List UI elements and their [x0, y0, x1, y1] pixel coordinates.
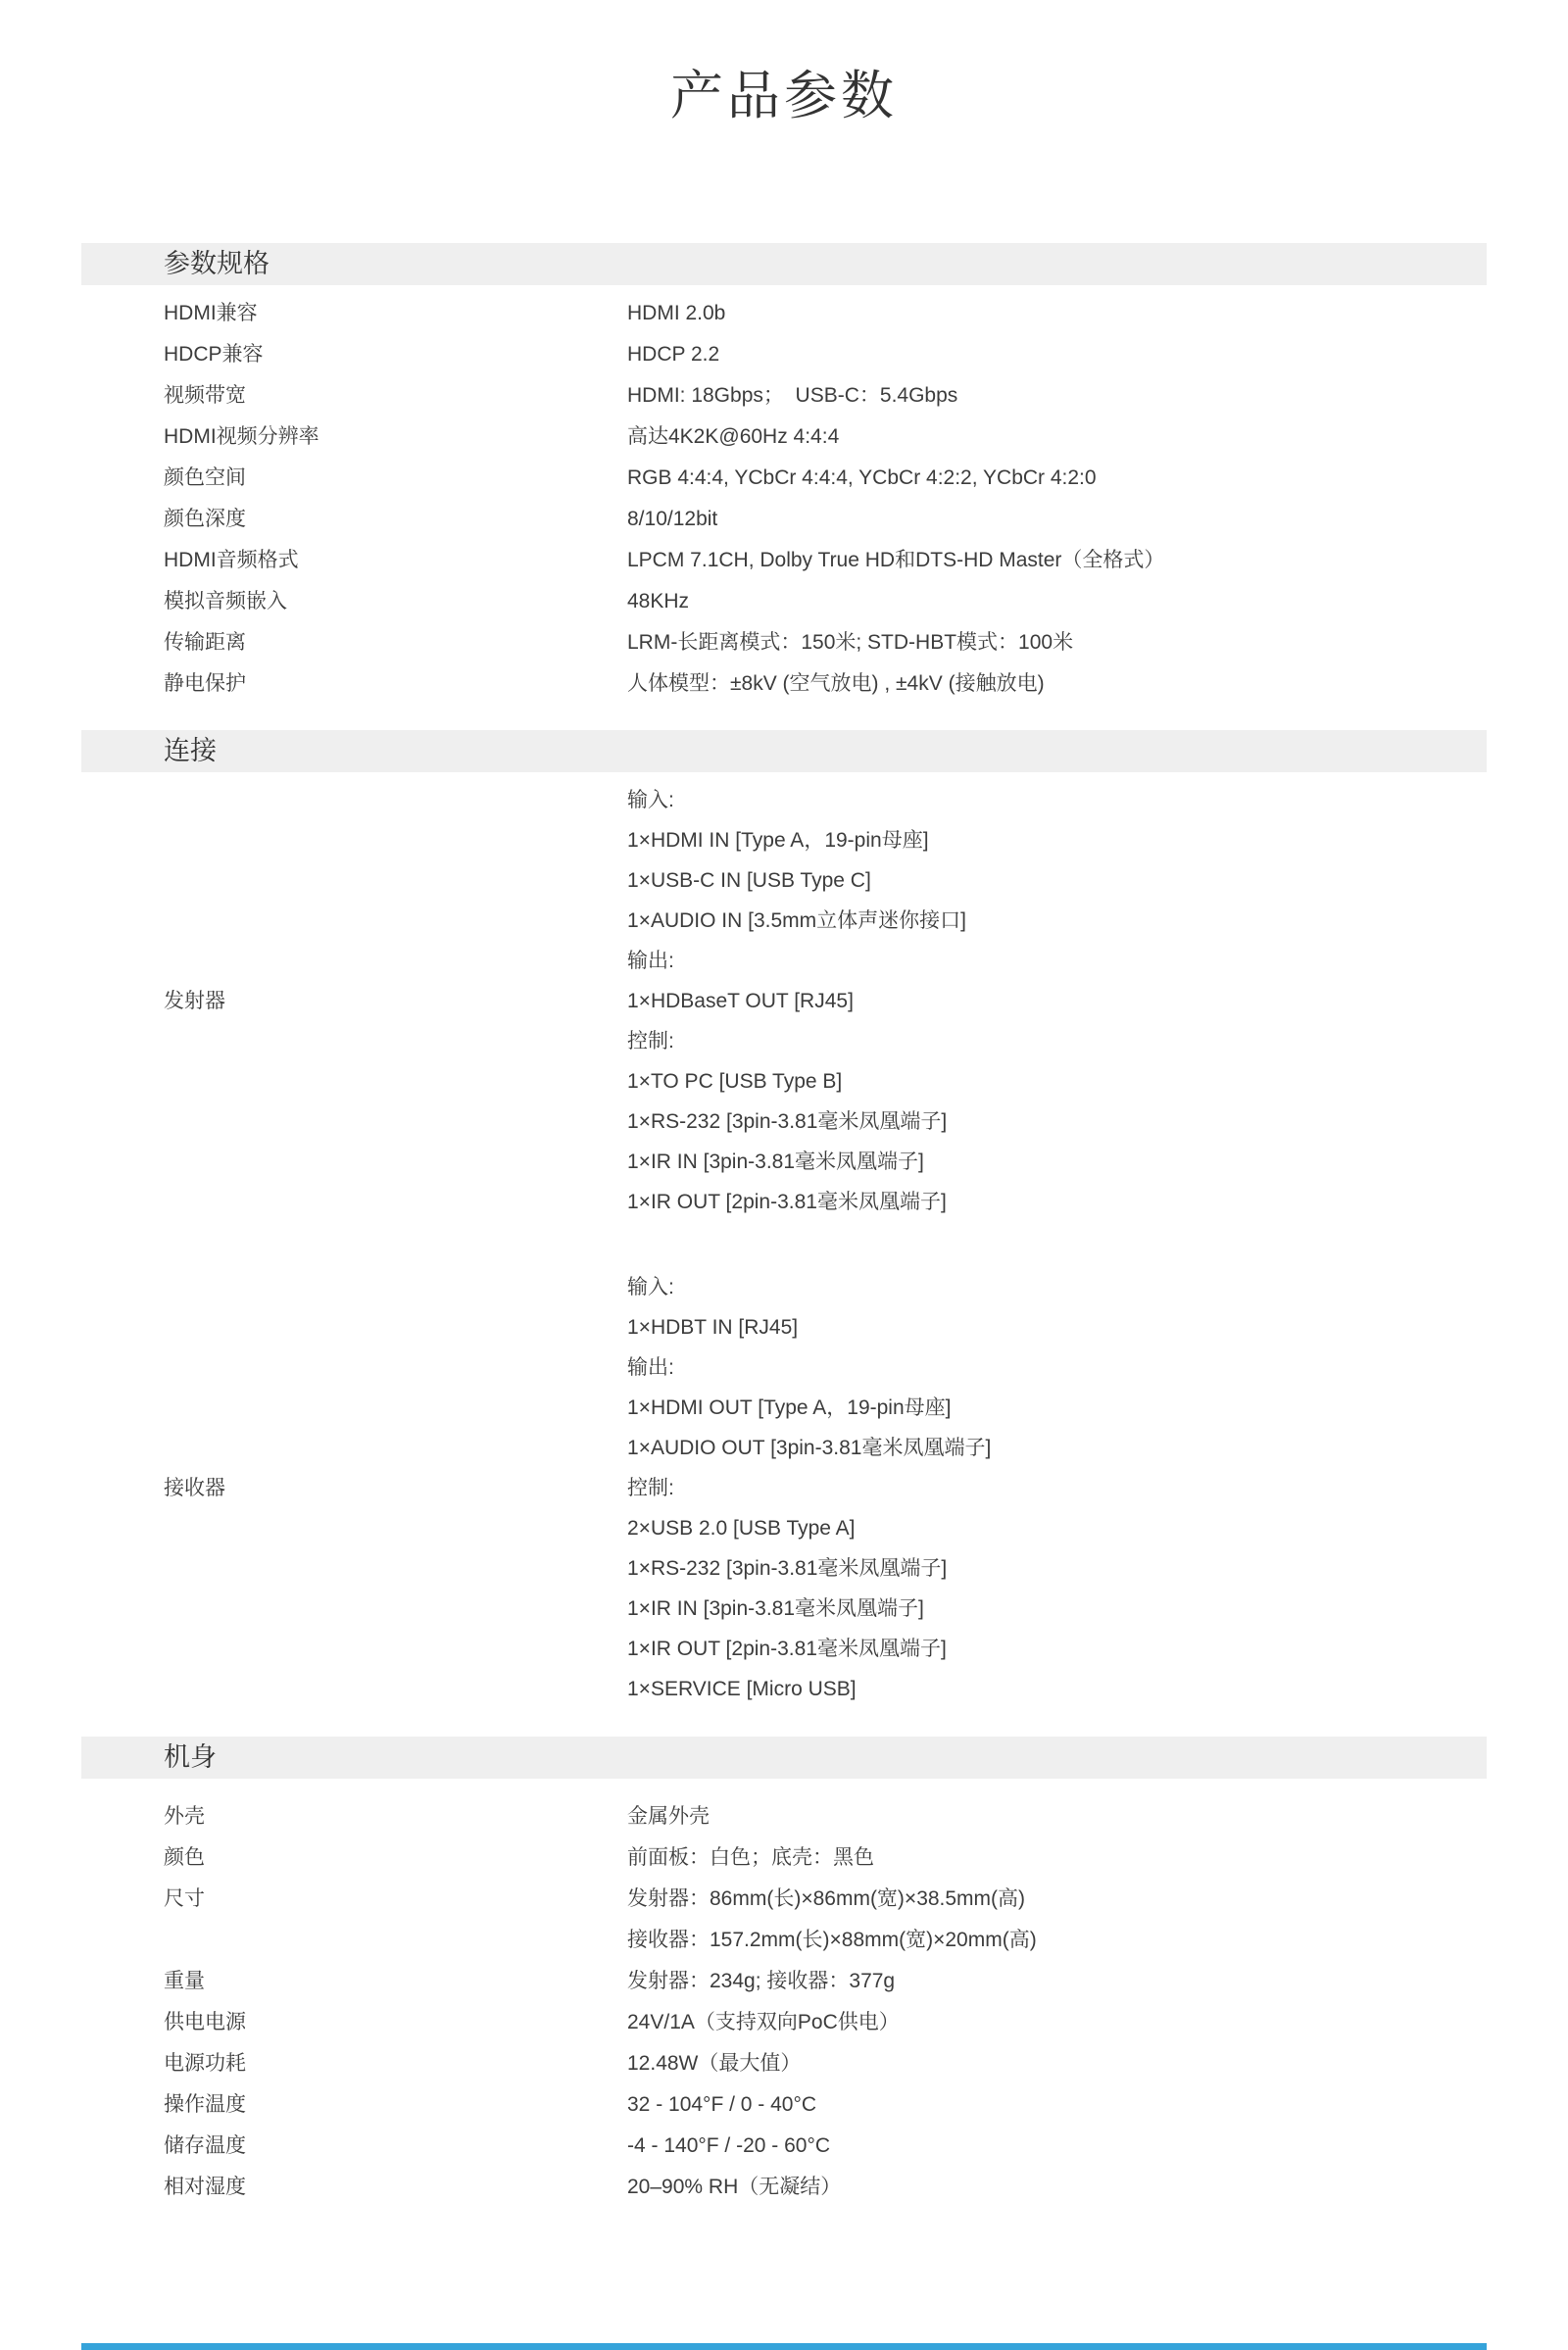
spec-value: 1×IR IN [3pin-3.81毫米凤凰端子] — [627, 1142, 1487, 1182]
spec-label: 模拟音频嵌入 — [81, 581, 627, 622]
spec-values: 输入:1×HDBT IN [RJ45]输出:1×HDMI OUT [Type A… — [627, 1267, 1487, 1709]
spec-value: 8/10/12bit — [627, 499, 1487, 540]
spec-label: 静电保护 — [81, 663, 627, 705]
spec-label: 颜色深度 — [81, 499, 627, 540]
spec-label: 尺寸 — [81, 1879, 627, 1920]
spec-label: 颜色空间 — [81, 458, 627, 499]
spec-value: 金属外壳 — [627, 1796, 1487, 1837]
spec-values: -4 - 140°F / -20 - 60°C — [627, 2126, 1487, 2167]
spec-row: 电源功耗12.48W（最大值） — [81, 2043, 1487, 2084]
spec-value: 人体模型：±8kV (空气放电) , ±4kV (接触放电) — [627, 663, 1487, 705]
spec-value: HDMI: 18Gbps； USB-C：5.4Gbps — [627, 375, 1487, 416]
spec-values: 输入:1×HDMI IN [Type A，19-pin母座]1×USB-C IN… — [627, 780, 1487, 1222]
spec-label: 重量 — [81, 1961, 627, 2002]
spec-row: 重量发射器：234g; 接收器：377g — [81, 1961, 1487, 2002]
spec-row: 颜色前面板：白色；底壳：黑色 — [81, 1837, 1487, 1879]
spec-value: 1×SERVICE [Micro USB] — [627, 1669, 1487, 1709]
spec-values: 48KHz — [627, 581, 1487, 622]
spec-values: RGB 4:4:4, YCbCr 4:4:4, YCbCr 4:2:2, YCb… — [627, 458, 1487, 499]
spec-values: 20–90% RH（无凝结） — [627, 2167, 1487, 2208]
spec-row: 颜色深度8/10/12bit — [81, 499, 1487, 540]
section-title-connections: 连接 — [81, 730, 1487, 772]
spec-value: -4 - 140°F / -20 - 60°C — [627, 2126, 1487, 2167]
spec-row: 尺寸发射器：86mm(长)×86mm(宽)×38.5mm(高)接收器：157.2… — [81, 1879, 1487, 1961]
page-title: 产品参数 — [0, 0, 1568, 131]
bottom-accent-bar — [81, 2343, 1487, 2350]
spec-values: 24V/1A（支持双向PoC供电） — [627, 2002, 1487, 2043]
spec-row: 外壳金属外壳 — [81, 1796, 1487, 1837]
spec-value: 1×HDBaseT OUT [RJ45] — [627, 981, 1487, 1021]
spec-values: 8/10/12bit — [627, 499, 1487, 540]
spec-row: HDMI兼容HDMI 2.0b — [81, 293, 1487, 334]
spec-label: 传输距离 — [81, 622, 627, 663]
spec-value: 48KHz — [627, 581, 1487, 622]
spec-value: 发射器：234g; 接收器：377g — [627, 1961, 1487, 2002]
spec-label: HDCP兼容 — [81, 334, 627, 375]
spec-value: 输入: — [627, 1267, 1487, 1307]
spec-label: HDMI视频分辨率 — [81, 416, 627, 458]
spec-values: 32 - 104°F / 0 - 40°C — [627, 2084, 1487, 2126]
spec-label: HDMI兼容 — [81, 293, 627, 334]
spec-values: HDMI: 18Gbps； USB-C：5.4Gbps — [627, 375, 1487, 416]
spec-row: 储存温度-4 - 140°F / -20 - 60°C — [81, 2126, 1487, 2167]
spec-label: 发射器 — [81, 981, 627, 1021]
spec-row: HDMI音频格式LPCM 7.1CH, Dolby True HD和DTS-HD… — [81, 540, 1487, 581]
spec-label: 电源功耗 — [81, 2043, 627, 2084]
spec-label: HDMI音频格式 — [81, 540, 627, 581]
spec-values: 12.48W（最大值） — [627, 2043, 1487, 2084]
spec-values: 金属外壳 — [627, 1796, 1487, 1837]
spec-value: LPCM 7.1CH, Dolby True HD和DTS-HD Master（… — [627, 540, 1487, 581]
spec-row: 颜色空间RGB 4:4:4, YCbCr 4:4:4, YCbCr 4:2:2,… — [81, 458, 1487, 499]
section-title-specs: 参数规格 — [81, 243, 1487, 285]
spec-value: 输入: — [627, 780, 1487, 820]
section-chassis: 机身外壳金属外壳颜色前面板：白色；底壳：黑色尺寸发射器：86mm(长)×86mm… — [81, 1737, 1487, 2208]
spec-label: 颜色 — [81, 1837, 627, 1879]
spec-value: 1×AUDIO OUT [3pin-3.81毫米凤凰端子] — [627, 1428, 1487, 1468]
spec-sections: 参数规格HDMI兼容HDMI 2.0bHDCP兼容HDCP 2.2视频带宽HDM… — [0, 243, 1568, 2208]
spec-value: 1×RS-232 [3pin-3.81毫米凤凰端子] — [627, 1102, 1487, 1142]
spec-row: 传输距离LRM-长距离模式：150米; STD-HBT模式：100米 — [81, 622, 1487, 663]
spec-value: 高达4K2K@60Hz 4:4:4 — [627, 416, 1487, 458]
spec-value: HDMI 2.0b — [627, 293, 1487, 334]
spec-value: 输出: — [627, 941, 1487, 981]
spec-value: 控制: — [627, 1468, 1487, 1508]
section-rows: HDMI兼容HDMI 2.0bHDCP兼容HDCP 2.2视频带宽HDMI: 1… — [81, 285, 1487, 705]
spec-value: 2×USB 2.0 [USB Type A] — [627, 1508, 1487, 1548]
spec-value: 前面板：白色；底壳：黑色 — [627, 1837, 1487, 1879]
spec-label: 相对湿度 — [81, 2167, 627, 2208]
spec-label: 储存温度 — [81, 2126, 627, 2167]
spec-values: 发射器：234g; 接收器：377g — [627, 1961, 1487, 2002]
spec-row: HDMI视频分辨率高达4K2K@60Hz 4:4:4 — [81, 416, 1487, 458]
spec-value: 20–90% RH（无凝结） — [627, 2167, 1487, 2208]
spec-row: 接收器输入:1×HDBT IN [RJ45]输出:1×HDMI OUT [Typ… — [81, 1267, 1487, 1709]
spec-values: 发射器：86mm(长)×86mm(宽)×38.5mm(高)接收器：157.2mm… — [627, 1879, 1487, 1961]
spec-values: HDMI 2.0b — [627, 293, 1487, 334]
spec-row: 静电保护人体模型：±8kV (空气放电) , ±4kV (接触放电) — [81, 663, 1487, 705]
section-connections: 连接发射器输入:1×HDMI IN [Type A，19-pin母座]1×USB… — [81, 730, 1487, 1717]
section-specs: 参数规格HDMI兼容HDMI 2.0bHDCP兼容HDCP 2.2视频带宽HDM… — [81, 243, 1487, 705]
spec-value: 1×USB-C IN [USB Type C] — [627, 860, 1487, 901]
spec-row: 视频带宽HDMI: 18Gbps； USB-C：5.4Gbps — [81, 375, 1487, 416]
spec-row: 模拟音频嵌入48KHz — [81, 581, 1487, 622]
spec-values: 前面板：白色；底壳：黑色 — [627, 1837, 1487, 1879]
spec-row: 相对湿度20–90% RH（无凝结） — [81, 2167, 1487, 2208]
spec-row: 供电电源24V/1A（支持双向PoC供电） — [81, 2002, 1487, 2043]
spec-value: HDCP 2.2 — [627, 334, 1487, 375]
spec-value: 控制: — [627, 1021, 1487, 1061]
spec-values: 人体模型：±8kV (空气放电) , ±4kV (接触放电) — [627, 663, 1487, 705]
spec-label: 接收器 — [81, 1468, 627, 1508]
spec-values: LPCM 7.1CH, Dolby True HD和DTS-HD Master（… — [627, 540, 1487, 581]
spec-row: 操作温度32 - 104°F / 0 - 40°C — [81, 2084, 1487, 2126]
spec-value: 输出: — [627, 1347, 1487, 1388]
spec-row: 发射器输入:1×HDMI IN [Type A，19-pin母座]1×USB-C… — [81, 780, 1487, 1222]
spec-value: 1×IR IN [3pin-3.81毫米凤凰端子] — [627, 1589, 1487, 1629]
section-title-chassis: 机身 — [81, 1737, 1487, 1779]
spec-label: 视频带宽 — [81, 375, 627, 416]
spec-value: 32 - 104°F / 0 - 40°C — [627, 2084, 1487, 2126]
spec-label: 供电电源 — [81, 2002, 627, 2043]
spec-value: 1×IR OUT [2pin-3.81毫米凤凰端子] — [627, 1629, 1487, 1669]
spec-value: 接收器：157.2mm(长)×88mm(宽)×20mm(高) — [627, 1920, 1487, 1961]
spec-values: HDCP 2.2 — [627, 334, 1487, 375]
spec-values: 高达4K2K@60Hz 4:4:4 — [627, 416, 1487, 458]
spec-value: 24V/1A（支持双向PoC供电） — [627, 2002, 1487, 2043]
product-spec-page: 产品参数 参数规格HDMI兼容HDMI 2.0bHDCP兼容HDCP 2.2视频… — [0, 0, 1568, 2350]
spec-label: 外壳 — [81, 1796, 627, 1837]
spec-value: 1×AUDIO IN [3.5mm立体声迷你接口] — [627, 901, 1487, 941]
spec-value: LRM-长距离模式：150米; STD-HBT模式：100米 — [627, 622, 1487, 663]
spec-row: HDCP兼容HDCP 2.2 — [81, 334, 1487, 375]
spec-value: 1×HDMI OUT [Type A，19-pin母座] — [627, 1388, 1487, 1428]
spec-value: 1×HDBT IN [RJ45] — [627, 1307, 1487, 1347]
spec-values: LRM-长距离模式：150米; STD-HBT模式：100米 — [627, 622, 1487, 663]
section-rows: 发射器输入:1×HDMI IN [Type A，19-pin母座]1×USB-C… — [81, 772, 1487, 1717]
spec-value: 发射器：86mm(长)×86mm(宽)×38.5mm(高) — [627, 1879, 1487, 1920]
spec-label: 操作温度 — [81, 2084, 627, 2126]
section-rows: 外壳金属外壳颜色前面板：白色；底壳：黑色尺寸发射器：86mm(长)×86mm(宽… — [81, 1779, 1487, 2208]
spec-value: 1×HDMI IN [Type A，19-pin母座] — [627, 820, 1487, 860]
spec-value: 12.48W（最大值） — [627, 2043, 1487, 2084]
spec-value: RGB 4:4:4, YCbCr 4:4:4, YCbCr 4:2:2, YCb… — [627, 458, 1487, 499]
spec-value: 1×IR OUT [2pin-3.81毫米凤凰端子] — [627, 1182, 1487, 1222]
spec-value: 1×RS-232 [3pin-3.81毫米凤凰端子] — [627, 1548, 1487, 1589]
spec-value: 1×TO PC [USB Type B] — [627, 1061, 1487, 1102]
